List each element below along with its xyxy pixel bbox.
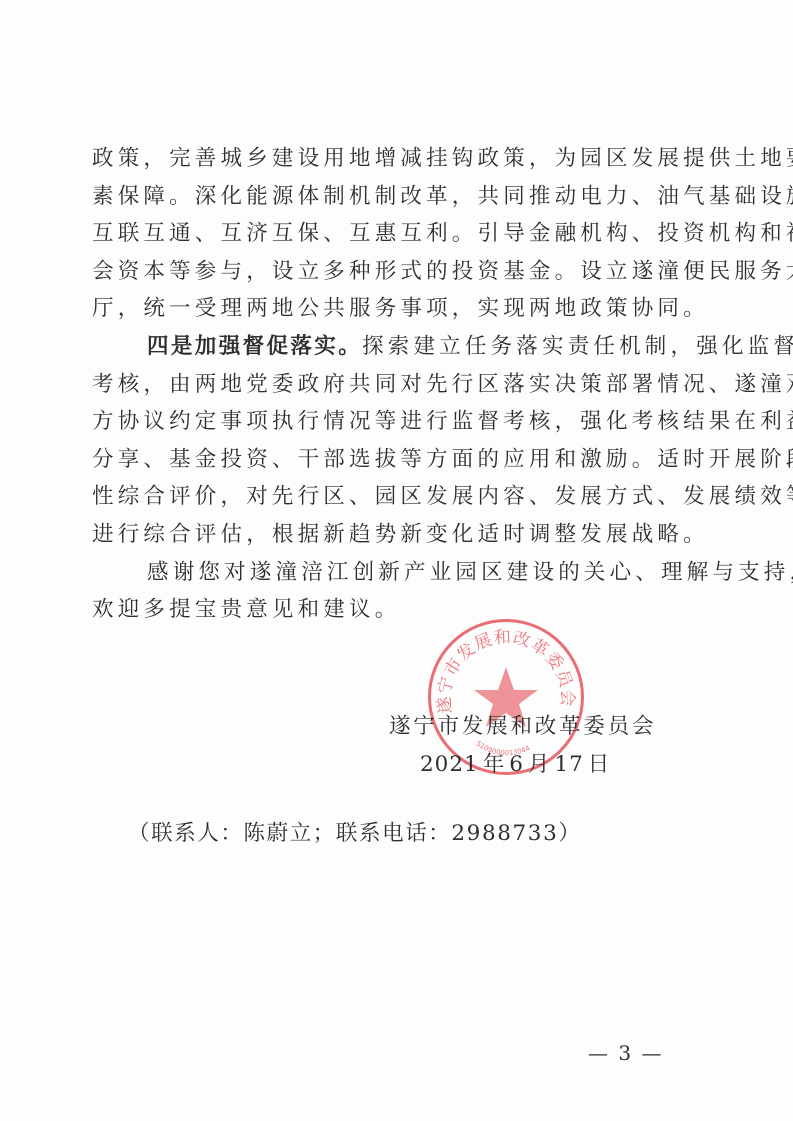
text-line: 厅，统一受理两地公共服务事项，实现两地政策协同。 <box>92 290 676 328</box>
svg-text:遂宁市发展和改革委员会: 遂宁市发展和改革委员会 <box>434 628 577 715</box>
text-line: 进行综合评估，根据新趋势新变化适时调整发展战略。 <box>92 516 676 554</box>
text-line: 政策，完善城乡建设用地增减挂钩政策，为园区发展提供土地要 <box>92 140 676 178</box>
date-day: 17 <box>554 752 583 777</box>
contact-info: （联系人：陈蔚立；联系电话：2988733） <box>128 815 581 853</box>
paragraph-first-line: 四是加强督促落实。探索建立任务落实责任机制，强化监督 <box>92 328 676 366</box>
section-heading: 四是加强督促落实。 <box>147 334 362 359</box>
text-line: 性综合评价，对先行区、园区发展内容、发展方式、发展绩效等 <box>92 478 676 516</box>
text-run: 探索建立任务落实责任机制，强化监督 <box>362 334 793 359</box>
text-line: 方协议约定事项执行情况等进行监督考核，强化考核结果在利益 <box>92 403 676 441</box>
text-line: 分享、基金投资、干部选拔等方面的应用和激励。适时开展阶段 <box>92 441 676 479</box>
date-year-unit: 年 <box>483 752 506 777</box>
date-day-unit: 日 <box>588 752 611 777</box>
text-line: 会资本等参与，设立多种形式的投资基金。设立遂潼便民服务大 <box>92 253 676 291</box>
document-page: 政策，完善城乡建设用地增减挂钩政策，为园区发展提供土地要 素保障。深化能源体制机… <box>0 0 793 1121</box>
page-number: — 3 — <box>588 1038 663 1068</box>
text-line: 考核，由两地党委政府共同对先行区落实决策部署情况、遂潼双 <box>92 366 676 404</box>
text-line: 素保障。深化能源体制机制改革，共同推动电力、油气基础设施 <box>92 178 676 216</box>
date-month: 6 <box>509 752 524 777</box>
issue-date: 2021年6月17日 <box>420 746 614 784</box>
text-line: 互联互通、互济互保、互惠互利。引导金融机构、投资机构和社 <box>92 215 676 253</box>
paragraph-first-line: 感谢您对遂潼涪江创新产业园区建设的关心、理解与支持， <box>92 554 676 592</box>
date-month-unit: 月 <box>528 752 551 777</box>
text-line: 欢迎多提宝贵意见和建议。 <box>92 591 676 629</box>
date-year: 2021 <box>420 752 479 777</box>
issuing-organization: 遂宁市发展和改革委员会 <box>389 708 656 746</box>
body-text: 政策，完善城乡建设用地增减挂钩政策，为园区发展提供土地要 素保障。深化能源体制机… <box>92 140 676 629</box>
